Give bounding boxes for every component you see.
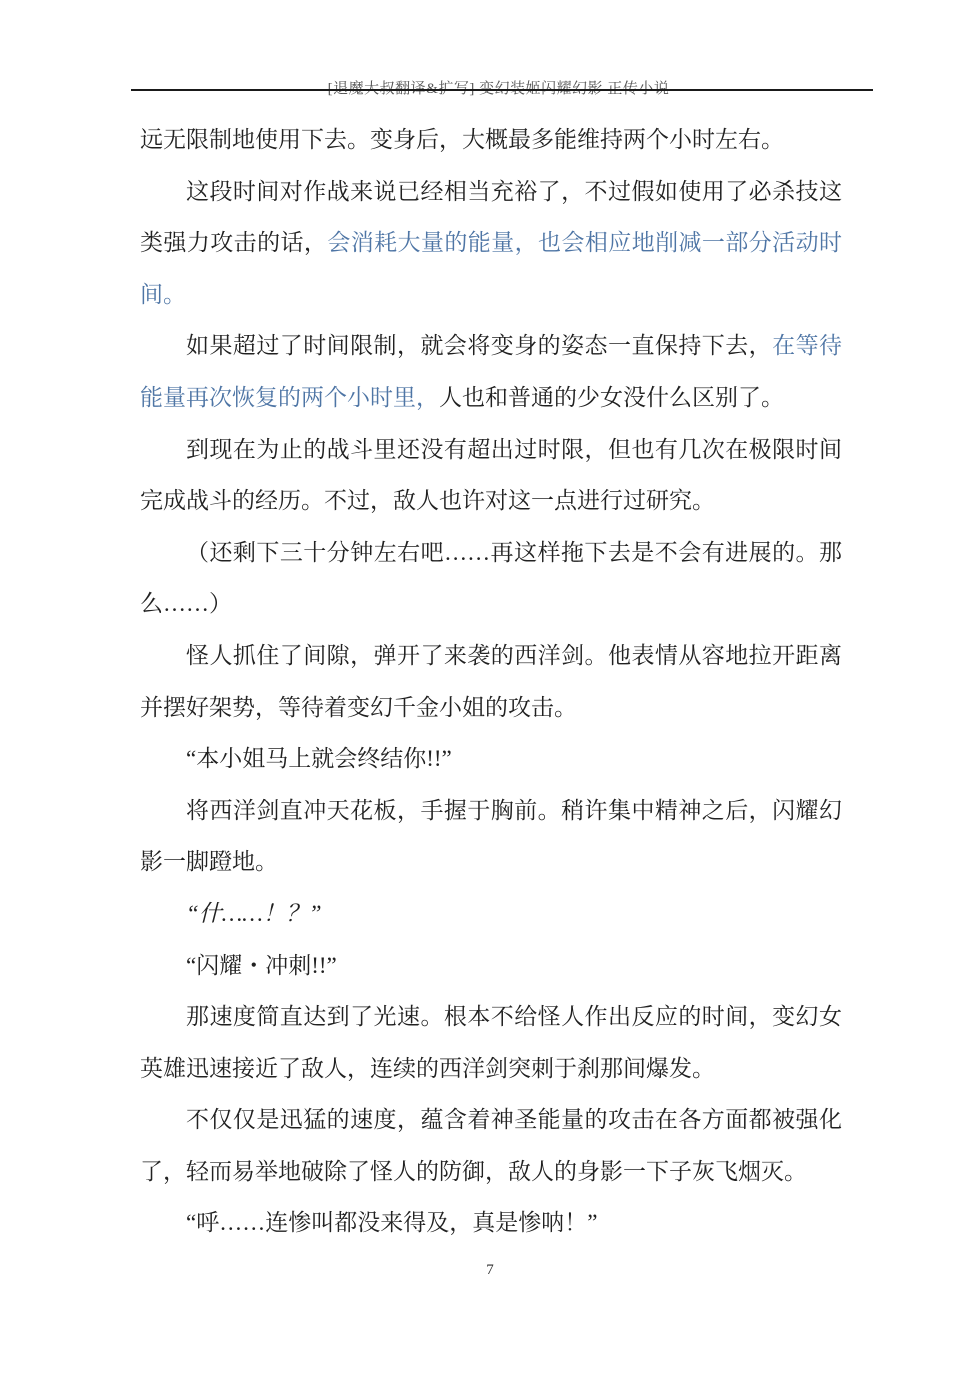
text-segment: 不仅仅是迅猛的速度，蕴含着神圣能量的攻击在各方面都被强化了，轻而易举地破除了怪人… [140, 1107, 842, 1184]
page-footer: 7 [0, 1262, 980, 1279]
paragraph: “什……！？” [140, 888, 842, 940]
paragraph: （还剩下三十分钟左右吧……再这样拖下去是不会有进展的。那么……） [140, 527, 842, 630]
paragraph: 这段时间对作战来说已经相当充裕了，不过假如使用了必杀技这类强力攻击的话，会消耗大… [140, 166, 842, 321]
text-segment: 远无限制地使用下去。变身后，大概最多能维持两个小时左右。 [140, 127, 784, 152]
text-segment: “闪耀・冲刺!!” [186, 953, 337, 978]
text-segment: 那速度简直达到了光速。根本不给怪人作出反应的时间，变幻女英雄迅速接近了敌人，连续… [140, 1004, 842, 1081]
page-number: 7 [486, 1262, 494, 1278]
text-segment: 到现在为止的战斗里还没有超出过时限，但也有几次在极限时间完成战斗的经历。不过，敌… [140, 437, 842, 514]
paragraph: 那速度简直达到了光速。根本不给怪人作出反应的时间，变幻女英雄迅速接近了敌人，连续… [140, 991, 842, 1094]
italic-text: “什……！？” [186, 901, 321, 926]
header-rule-divider [131, 89, 873, 91]
paragraph: 如果超过了时间限制，就会将变身的姿态一直保持下去，在等待能量再次恢复的两个小时里… [140, 320, 842, 423]
document-page: [退魔大叔翻译&扩写] 变幻装姬闪耀幻影 正传小说 远无限制地使用下去。变身后，… [0, 0, 980, 1386]
paragraph: 远无限制地使用下去。变身后，大概最多能维持两个小时左右。 [140, 114, 842, 166]
paragraph: “本小姐马上就会终结你!!” [140, 733, 842, 785]
paragraph: 到现在为止的战斗里还没有超出过时限，但也有几次在极限时间完成战斗的经历。不过，敌… [140, 424, 842, 527]
document-body: 远无限制地使用下去。变身后，大概最多能维持两个小时左右。这段时间对作战来说已经相… [140, 114, 842, 1249]
text-segment: “呼……连惨叫都没来得及，真是惨呐！” [186, 1210, 597, 1235]
text-segment: “本小姐马上就会终结你!!” [186, 746, 452, 771]
paragraph: 怪人抓住了间隙，弹开了来袭的西洋剑。他表情从容地拉开距离并摆好架势，等待着变幻千… [140, 630, 842, 733]
text-segment: 人也和普通的少女没什么区别了。 [439, 385, 784, 410]
paragraph: “呼……连惨叫都没来得及，真是惨呐！” [140, 1197, 842, 1249]
text-segment: 如果超过了时间限制，就会将变身的姿态一直保持下去， [186, 333, 772, 358]
paragraph: “闪耀・冲刺!!” [140, 940, 842, 992]
text-segment: 将西洋剑直冲天花板，手握于胸前。稍许集中精神之后，闪耀幻影一脚蹬地。 [140, 798, 842, 875]
text-segment: 怪人抓住了间隙，弹开了来袭的西洋剑。他表情从容地拉开距离并摆好架势，等待着变幻千… [140, 643, 842, 720]
paragraph: 将西洋剑直冲天花板，手握于胸前。稍许集中精神之后，闪耀幻影一脚蹬地。 [140, 785, 842, 888]
paragraph: 不仅仅是迅猛的速度，蕴含着神圣能量的攻击在各方面都被强化了，轻而易举地破除了怪人… [140, 1094, 842, 1197]
page-header: [退魔大叔翻译&扩写] 变幻装姬闪耀幻影 正传小说 [0, 60, 980, 115]
text-segment: （还剩下三十分钟左右吧……再这样拖下去是不会有进展的。那么……） [140, 540, 842, 617]
